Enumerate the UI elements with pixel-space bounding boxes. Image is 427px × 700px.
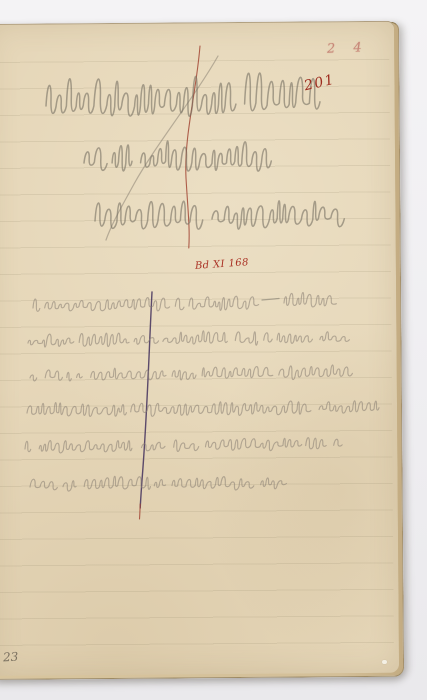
scanned-page-background: 2 4 201 Bd XI 168 23: [0, 0, 427, 700]
notebook-page: [0, 21, 399, 676]
page-number-pencil: 23: [3, 651, 19, 664]
paper-speck: [382, 660, 387, 664]
folio-number-red: 2 4: [327, 41, 369, 55]
ruled-lines: [0, 59, 394, 660]
